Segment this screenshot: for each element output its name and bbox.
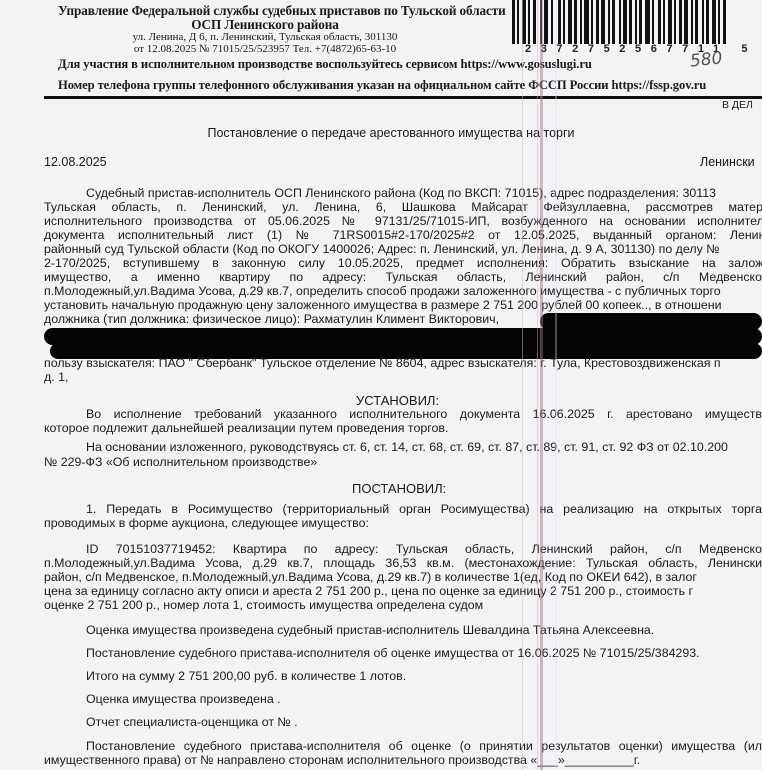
property-line: ID 70151037719452: Квартира по адресу: Т… — [86, 543, 762, 557]
reference-line: от 12.08.2025 № 71015/25/523957 Тел. +7(… — [0, 43, 530, 55]
scan-artifact — [555, 0, 557, 770]
phone-notice: Номер телефона группы телефонного обслуж… — [58, 78, 706, 93]
intro-line: районный суд Тульской области (Код по ОК… — [44, 243, 720, 257]
scan-artifact — [541, 0, 543, 770]
claimant-line: д. 1, — [44, 371, 68, 385]
document-page: Управление Федеральной службы судебных п… — [0, 0, 762, 770]
barcode — [512, 0, 762, 44]
document-date: 12.08.2025 — [44, 155, 107, 169]
intro-line: документа исполнительный лист (1) № 71RS… — [44, 229, 762, 243]
handwritten-number: 580 — [689, 48, 723, 71]
appraiser-report: Отчет специалиста-оценщика от № . — [86, 716, 298, 730]
intro-line: п.Молодежный,ул.Вадима Усова, д.29 кв.7,… — [44, 285, 721, 299]
property-line: п.Молодежный,ул.Вадима Усова, д.29 кв.7,… — [44, 557, 762, 571]
barcode-digits: 2372752567711 5 — [525, 43, 757, 55]
item1-line: 1. Передать в Росимущество (территориаль… — [86, 503, 762, 517]
department-address: ул. Ленина, Д 6, п. Ленинский, Тульская … — [0, 31, 530, 43]
established-line: которое подлежит дальнейшей реализации п… — [44, 422, 448, 436]
basis-line: На основании изложенного, руководствуясь… — [86, 441, 728, 455]
claimant-line: пользу взыскателя: ПАО " Сбербанк" Тульс… — [44, 357, 721, 371]
scan-artifact — [522, 0, 523, 770]
resolved-heading: ПОСТАНОВИЛ: — [352, 481, 446, 496]
valuation-done: Оценка имущества произведена . — [86, 693, 281, 707]
document-place: Ленински — [700, 155, 755, 169]
property-line: оценке 2 751 200 р., номер лота 1, стоим… — [44, 599, 483, 613]
gosuslugi-notice: Для участия в исполнительном производств… — [58, 57, 592, 72]
established-line: Во исполнение требований указанного испо… — [86, 408, 762, 422]
document-title: Постановление о передаче арестованного и… — [0, 126, 762, 140]
scan-artifact — [537, 0, 538, 770]
header-divider — [44, 96, 762, 99]
total-line: Итого на сумму 2 751 200,00 руб. в колич… — [86, 670, 406, 684]
intro-line: Судебный пристав-исполнитель ОСП Ленинск… — [86, 187, 716, 201]
property-line: цена за единицу согласно акту описи и ар… — [44, 585, 693, 599]
intro-line: исполнительного производства от 05.06.20… — [44, 215, 762, 229]
valuation-by: Оценка имущества произведена судебный пр… — [86, 624, 654, 638]
case-mark: В ДЕЛ — [722, 99, 753, 111]
intro-line: 2-170/2025, вступившему в законную силу … — [44, 257, 762, 271]
intro-line: имущество, а именно квартиру по адресу: … — [44, 271, 762, 285]
established-heading: УСТАНОВИЛ: — [356, 393, 439, 408]
property-line: район, с/п Медвенское, п.Молодежный,ул.В… — [44, 571, 697, 585]
intro-line: Тульская область, п. Ленинский, ул. Лени… — [44, 201, 762, 215]
sent-line: имущественного права) от № направлено ст… — [44, 754, 640, 768]
item1-line: проводимых в форме аукциона, следующее и… — [44, 517, 369, 531]
sent-line: Постановление судебного пристава-исполни… — [86, 740, 762, 754]
valuation-resolution: Постановление судебного пристава-исполни… — [86, 647, 700, 661]
intro-line: должника (тип должника: физическое лицо)… — [44, 313, 499, 327]
intro-line: установить начальную продажную цену зало… — [44, 299, 722, 313]
basis-line: № 229-ФЗ «Об исполнительном производстве… — [44, 456, 317, 470]
